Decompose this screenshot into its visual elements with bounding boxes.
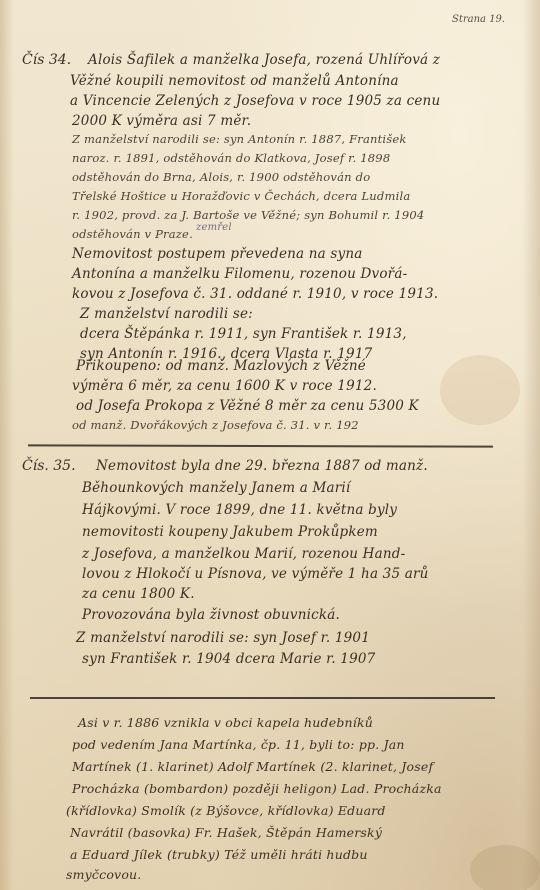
- text-line: z Josefova, a manželkou Marií, rozenou H…: [82, 546, 405, 562]
- text-line: nemovitosti koupeny Jakubem Prokůpkem: [82, 524, 378, 540]
- text-line: Z manželství narodili se:: [80, 306, 253, 322]
- text-line: r. 1902, provd. za J. Bartoše ve Věžné; …: [72, 208, 424, 222]
- text-line: Procházka (bombardon) později heligon) L…: [72, 781, 442, 796]
- text-line: Antonína a manželku Filomenu, rozenou Dv…: [72, 266, 407, 282]
- text-line: Třelské Hoštice u Horažďovic v Čechách, …: [72, 189, 410, 203]
- paper-stain: [440, 355, 520, 425]
- text-line: Martínek (1. klarinet) Adolf Martínek (2…: [72, 759, 433, 774]
- text-line: syn František r. 1904 dcera Marie r. 190…: [82, 651, 375, 667]
- text-line: od Josefa Prokopa z Věžné 8 měr za cenu …: [76, 398, 419, 414]
- entry-label: Čís 34.: [22, 52, 71, 68]
- text-line: od manž. Dvořákových z Josefova č. 31. v…: [72, 418, 359, 432]
- text-line: Přikoupeno: od manž. Mazlových z Věžné: [76, 358, 366, 374]
- text-line: smyčcovou.: [66, 867, 141, 882]
- paper-stain: [470, 845, 540, 890]
- text-line: odstěhován v Praze.: [72, 227, 193, 241]
- text-line: Asi v r. 1886 vznikla v obci kapela hude…: [78, 715, 373, 730]
- text-line: Z manželství narodili se: syn Antonín r.…: [72, 132, 407, 146]
- text-line: odstěhován do Brna, Alois, r. 1900 odstě…: [72, 170, 370, 184]
- text-line: Provozována byla živnost obuvnická.: [82, 607, 340, 623]
- text-line: Nemovitost byla dne 29. března 1887 od m…: [96, 458, 428, 474]
- text-line: Hájkovými. V roce 1899, dne 11. května b…: [82, 502, 397, 518]
- text-line: 2000 K výměra asi 7 měr.: [72, 113, 251, 129]
- text-line: dcera Štěpánka r. 1911, syn František r.…: [80, 326, 407, 342]
- text-line: Nemovitost postupem převedena na syna: [72, 246, 363, 262]
- text-line: Z manželství narodili se: syn Josef r. 1…: [76, 630, 370, 646]
- section-divider: [30, 697, 495, 699]
- text-line: Navrátil (basovka) Fr. Hašek, Štěpán Ham…: [70, 825, 382, 840]
- pencil-note: zemřel: [196, 222, 232, 233]
- text-line: naroz. r. 1891, odstěhován do Klatkova, …: [72, 151, 390, 165]
- text-line: pod vedením Jana Martínka, čp. 11, byli …: [72, 737, 405, 752]
- text-line: výměra 6 měr, za cenu 1600 K v roce 1912…: [72, 378, 377, 394]
- text-line: Alois Šafilek a manželka Josefa, rozená …: [88, 52, 440, 68]
- text-line: lovou z Hlokočí u Písnova, ve výměře 1 h…: [82, 566, 429, 582]
- entry-label: Čís. 35.: [22, 458, 76, 474]
- text-line: Běhounkových manžely Janem a Marií: [82, 480, 350, 496]
- text-line: (křídlovka) Smolík (z Býšovce, křídlovka…: [66, 803, 386, 818]
- text-line: za cenu 1800 K.: [82, 586, 195, 602]
- section-divider: [28, 444, 493, 447]
- text-line: Věžné koupili nemovitost od manželů Anto…: [70, 73, 399, 89]
- page-number: Strana 19.: [452, 14, 505, 25]
- scanned-chronicle-page: Strana 19. Čís 34. Alois Šafilek a manže…: [0, 0, 540, 890]
- text-line: kovou z Josefova č. 31. oddané r. 1910, …: [72, 286, 438, 302]
- text-line: a Vincencie Zelených z Josefova v roce 1…: [70, 93, 440, 109]
- text-line: a Eduard Jílek (trubky) Též uměli hráti …: [70, 847, 368, 862]
